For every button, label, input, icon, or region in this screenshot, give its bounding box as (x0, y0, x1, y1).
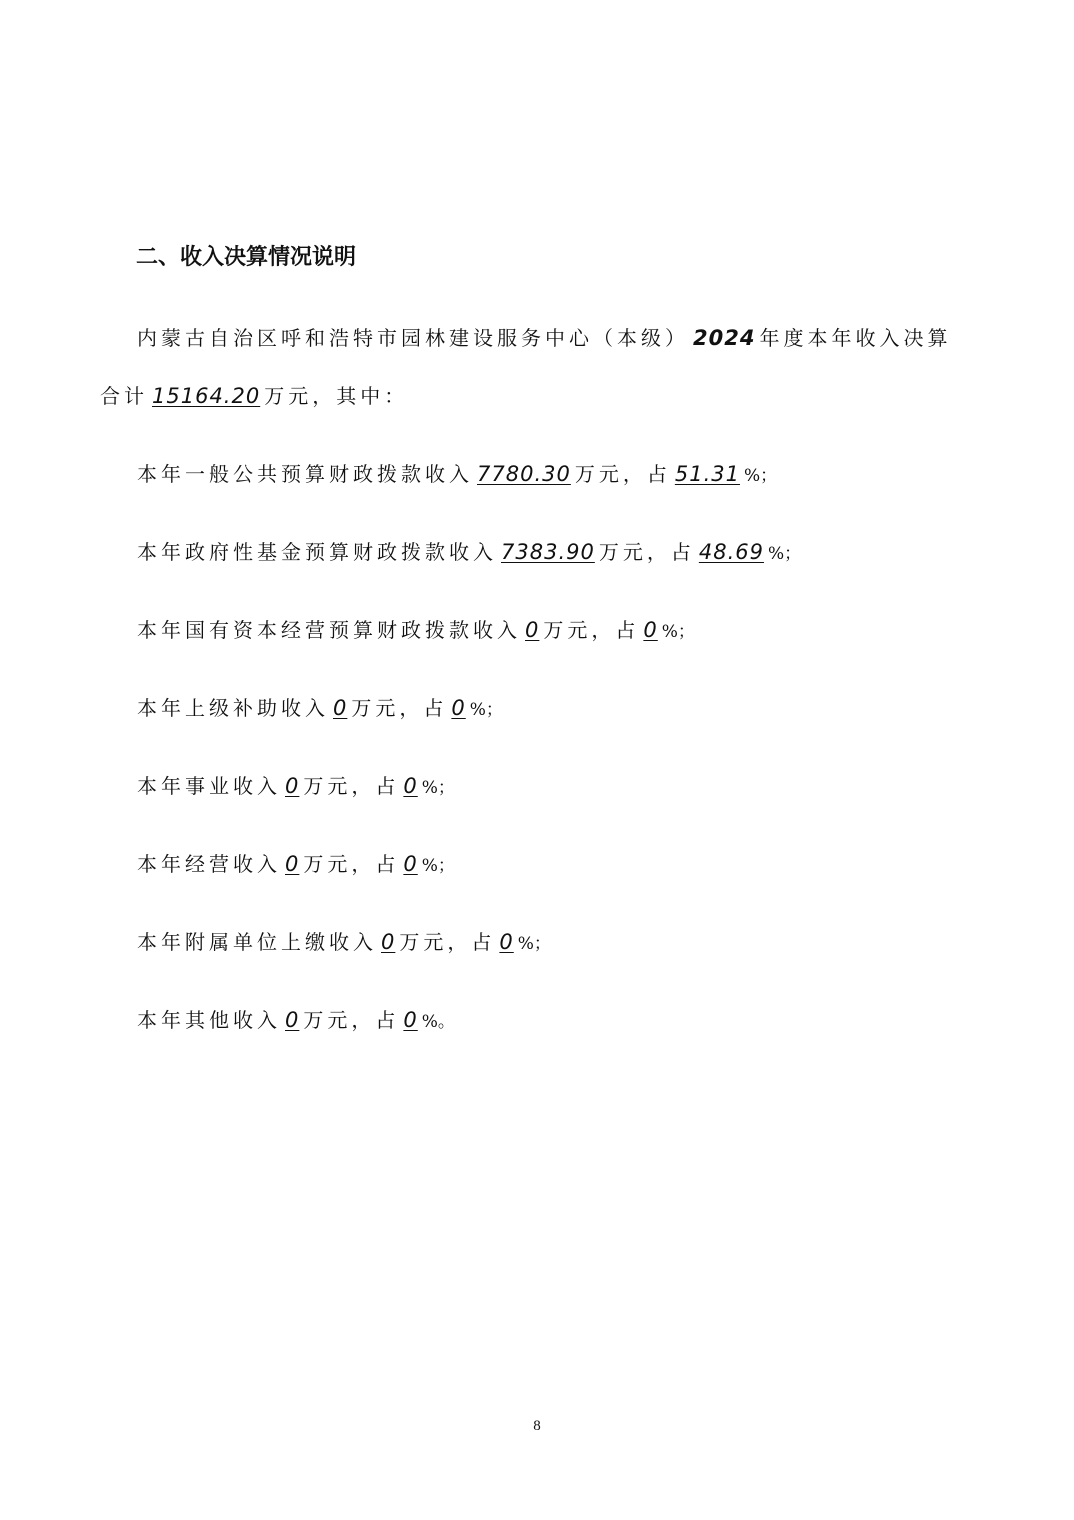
item-end: %； (744, 466, 777, 486)
income-item: 本年附属单位上缴收入0万元，占0%； (137, 926, 551, 955)
intro-text: 年度本年收入决算 (759, 326, 951, 350)
item-label: 本年附属单位上缴收入 (137, 930, 377, 954)
item-amount: 7383.90 (497, 540, 599, 564)
intro-text: 内蒙古自治区呼和浩特市园林建设服务中心（本级） (137, 326, 689, 350)
item-amount: 0 (281, 852, 303, 876)
item-end: %。 (422, 1012, 455, 1032)
item-label: 本年国有资本经营预算财政拨款收入 (137, 618, 521, 642)
item-unit: 万元，占 (351, 696, 447, 720)
item-end: %； (518, 934, 551, 954)
item-label: 本年事业收入 (137, 774, 281, 798)
item-percent: 0 (447, 696, 469, 720)
item-label: 本年其他收入 (137, 1008, 281, 1032)
item-end: %； (422, 778, 455, 798)
item-amount: 0 (329, 696, 351, 720)
item-amount: 0 (521, 618, 543, 642)
item-percent: 0 (399, 1008, 421, 1032)
item-amount: 7780.30 (473, 462, 575, 486)
item-unit: 万元，占 (543, 618, 639, 642)
total-amount: 15164.20 (148, 384, 264, 408)
income-item: 本年一般公共预算财政拨款收入7780.30万元，占51.31%； (137, 458, 777, 487)
item-unit: 万元，占 (303, 774, 399, 798)
item-unit: 万元，占 (303, 852, 399, 876)
income-item: 本年事业收入0万元，占0%； (137, 770, 455, 799)
item-amount: 0 (281, 774, 303, 798)
item-percent: 48.69 (695, 540, 768, 564)
item-label: 本年一般公共预算财政拨款收入 (137, 462, 473, 486)
item-end: %； (470, 700, 503, 720)
income-item: 本年政府性基金预算财政拨款收入7383.90万元，占48.69%； (137, 536, 801, 565)
income-item: 本年上级补助收入0万元，占0%； (137, 692, 503, 721)
item-end: %； (768, 544, 801, 564)
item-percent: 0 (399, 774, 421, 798)
page-number: 8 (0, 1418, 1074, 1435)
item-end: %； (662, 622, 695, 642)
intro-text: 合计 (100, 384, 148, 408)
item-unit: 万元，占 (399, 930, 495, 954)
item-percent: 51.31 (671, 462, 744, 486)
income-item: 本年其他收入0万元，占0%。 (137, 1004, 455, 1033)
income-item: 本年经营收入0万元，占0%； (137, 848, 455, 877)
item-label: 本年政府性基金预算财政拨款收入 (137, 540, 497, 564)
item-percent: 0 (399, 852, 421, 876)
item-amount: 0 (281, 1008, 303, 1032)
item-label: 本年上级补助收入 (137, 696, 329, 720)
item-end: %； (422, 856, 455, 876)
intro-line-2: 合计15164.20万元，其中： (100, 380, 408, 409)
item-unit: 万元，占 (303, 1008, 399, 1032)
item-unit: 万元，占 (599, 540, 695, 564)
item-percent: 0 (639, 618, 661, 642)
intro-line-1: 内蒙古自治区呼和浩特市园林建设服务中心（本级）2024年度本年收入决算 (137, 322, 951, 351)
item-unit: 万元，占 (575, 462, 671, 486)
intro-text: 万元，其中： (264, 384, 408, 408)
section-heading: 二、收入决算情况说明 (136, 240, 356, 271)
item-amount: 0 (377, 930, 399, 954)
item-label: 本年经营收入 (137, 852, 281, 876)
item-percent: 0 (495, 930, 517, 954)
income-item: 本年国有资本经营预算财政拨款收入0万元，占0%； (137, 614, 695, 643)
intro-year: 2024 (689, 326, 759, 350)
